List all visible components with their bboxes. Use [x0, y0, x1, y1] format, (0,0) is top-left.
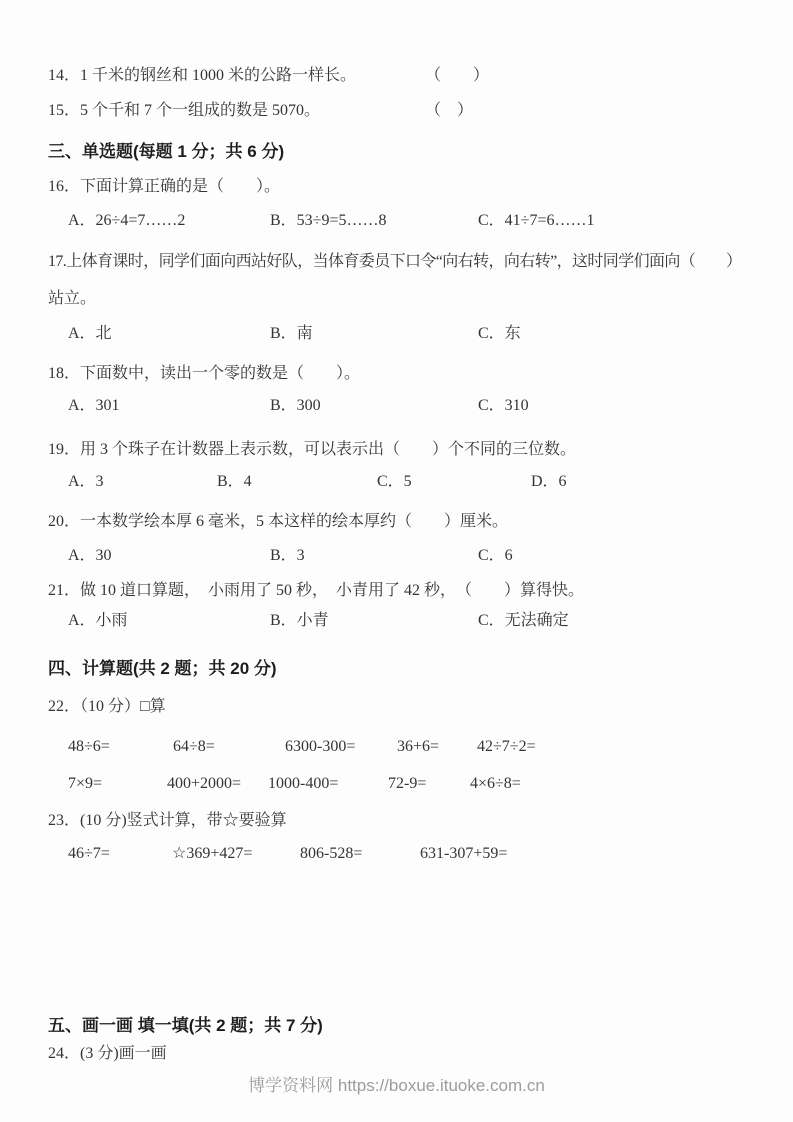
question-21-option-a: A．小雨	[68, 611, 128, 631]
calc-item: 42÷7÷2=	[477, 737, 536, 757]
calc-item: 4×6÷8=	[470, 774, 521, 794]
question-19-option-c: C．5	[377, 472, 412, 492]
question-19-option-d: D．6	[531, 472, 567, 492]
question-20: 20．一本数学绘本厚 6 毫米，5 本这样的绘本厚约（ ）厘米。	[48, 512, 508, 532]
question-16-option-a: A．26÷4=7……2	[68, 211, 185, 231]
question-20-option-c: C．6	[478, 546, 513, 566]
calc-item: 46÷7=	[68, 844, 110, 864]
question-17-option-c: C．东	[478, 324, 521, 344]
calc-item: 6300-300=	[285, 737, 355, 757]
question-15: 15．5 个千和 7 个一组成的数是 5070。	[48, 101, 320, 121]
question-19-option-a: A．3	[68, 472, 104, 492]
question-19-option-b: B．4	[217, 472, 252, 492]
question-18-option-b: B．300	[270, 396, 321, 416]
question-23-row: 46÷7= ☆369+427= 806-528= 631-307+59=	[0, 844, 793, 864]
question-23-label: 23．(10 分)竖式计算，带☆要验算	[48, 811, 287, 831]
question-21-options: A．小雨 B．小青 C．无法确定	[0, 611, 793, 631]
calc-item: ☆369+427=	[172, 844, 252, 864]
section-5-heading: 五、画一画 填一填(共 2 题；共 7 分)	[48, 1016, 323, 1036]
question-18-option-a: A．301	[68, 396, 120, 416]
question-22-label: 22．（10 分）□算	[48, 697, 166, 717]
question-22-row-1: 48÷6= 64÷8= 6300-300= 36+6= 42÷7÷2=	[0, 737, 793, 757]
calc-item: 64÷8=	[173, 737, 215, 757]
question-21-option-b: B．小青	[270, 611, 329, 631]
exam-paper-page: 14．1 千米的钢丝和 1000 米的公路一样长。 （ ） 15．5 个千和 7…	[0, 0, 793, 1122]
question-16-options: A．26÷4=7……2 B．53÷9=5……8 C．41÷7=6……1	[0, 211, 793, 231]
calc-item: 400+2000=	[167, 774, 241, 794]
question-20-options: A．30 B．3 C．6	[0, 546, 793, 566]
section-3-heading: 三、单选题(每题 1 分；共 6 分)	[48, 142, 284, 162]
question-16-option-b: B．53÷9=5……8	[270, 211, 386, 231]
question-18-option-c: C．310	[478, 396, 529, 416]
question-17-line-1: 17.上体育课时，同学们面向西站好队，当体育委员下口令“向右转，向右转”，这时同…	[48, 252, 741, 272]
question-17-line-2: 站立。	[48, 289, 96, 309]
question-21-option-c: C．无法确定	[478, 611, 569, 631]
calc-item: 1000-400=	[268, 774, 338, 794]
question-22-row-2: 7×9= 400+2000= 1000-400= 72-9= 4×6÷8=	[0, 774, 793, 794]
question-14-answer-blank: （ ）	[425, 66, 489, 86]
watermark-footer: 博学资料网 https://boxue.ituoke.com.cn	[0, 1071, 793, 1096]
question-20-option-b: B．3	[270, 546, 305, 566]
calc-item: 7×9=	[68, 774, 102, 794]
calc-item: 48÷6=	[68, 737, 110, 757]
question-24-label: 24．(3 分)画一画	[48, 1044, 167, 1064]
section-4-heading: 四、计算题(共 2 题；共 20 分)	[48, 659, 277, 679]
question-14: 14．1 千米的钢丝和 1000 米的公路一样长。	[48, 66, 356, 86]
question-15-answer-blank: （ ）	[425, 101, 473, 121]
question-18-options: A．301 B．300 C．310	[0, 396, 793, 416]
question-18: 18．下面数中，读出一个零的数是（ ）。	[48, 364, 360, 384]
calc-item: 631-307+59=	[420, 844, 507, 864]
question-19: 19．用 3 个珠子在计数器上表示数，可以表示出（ ）个不同的三位数。	[48, 440, 576, 460]
question-17-options: A．北 B．南 C．东	[0, 324, 793, 344]
calc-item: 72-9=	[388, 774, 426, 794]
question-16-option-c: C．41÷7=6……1	[478, 211, 594, 231]
question-16: 16．下面计算正确的是（ ）。	[48, 177, 280, 197]
question-20-option-a: A．30	[68, 546, 112, 566]
question-17-option-b: B．南	[270, 324, 313, 344]
question-17-option-a: A．北	[68, 324, 112, 344]
question-19-options: A．3 B．4 C．5 D．6	[0, 472, 793, 492]
question-21: 21．做 10 道口算题， 小雨用了 50 秒， 小青用了 42 秒， （ ）算…	[48, 581, 584, 601]
calc-item: 36+6=	[397, 737, 439, 757]
calc-item: 806-528=	[300, 844, 362, 864]
